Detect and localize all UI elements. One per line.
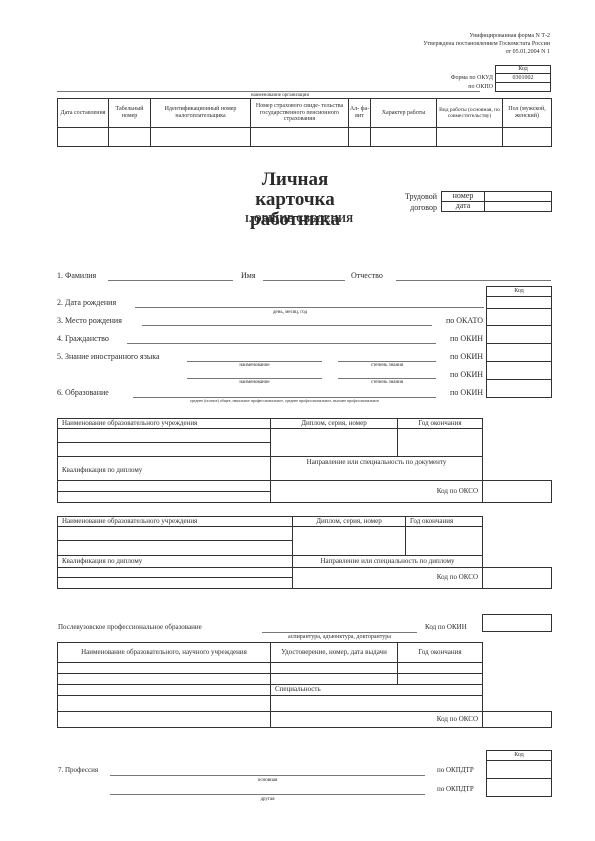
col-gender: Пол (мужской, женский): [502, 98, 552, 128]
alphabet-field[interactable]: [348, 127, 371, 147]
language-1-level-caption: степень знания: [338, 363, 436, 368]
okpo-label: по ОКПО: [468, 84, 493, 90]
language-2-level-field[interactable]: [338, 378, 436, 379]
pg-institution-header: Наименование образовательного, научного …: [57, 642, 271, 663]
form-approval-date: от 05.01.2004 N 1: [506, 49, 550, 55]
pg-institution-field-4[interactable]: [57, 695, 271, 712]
gender-field[interactable]: [502, 127, 552, 147]
form-approval: Утверждена постановлением Госкомстата Ро…: [423, 41, 550, 47]
okud-label: Форма по ОКУД: [451, 75, 493, 81]
profession-other-code-field[interactable]: [486, 778, 552, 797]
col-tab-number: Табельный номер: [108, 98, 151, 128]
okato-code-field[interactable]: [486, 308, 552, 326]
citizenship-code-field[interactable]: [486, 325, 552, 344]
pg-institution-field-5[interactable]: [57, 711, 271, 728]
language-2-okin-label: по ОКИН: [450, 371, 483, 379]
profession-label: 7. Профессия: [58, 767, 98, 774]
language-label: 5. Знание иностранного языка: [57, 353, 160, 361]
contract-date-field[interactable]: [484, 201, 552, 212]
profession-main-code-field[interactable]: [486, 760, 552, 779]
profession-other-field[interactable]: [110, 794, 425, 795]
pg-okso-label: Код по ОКСО: [270, 711, 483, 728]
surname-label: 1. Фамилия: [57, 272, 96, 280]
postgrad-field[interactable]: [262, 632, 417, 633]
col-work-character: Характер работы: [370, 98, 437, 128]
okso-code-field[interactable]: [482, 480, 552, 503]
okso-label: Код по ОКСО: [270, 480, 483, 503]
qualification-2-field-2[interactable]: [57, 577, 293, 589]
name-label: Имя: [241, 272, 256, 280]
language-2-field[interactable]: [187, 378, 322, 379]
qualification-field-2[interactable]: [57, 491, 271, 503]
birthdate-caption: день, месяц, год: [230, 310, 350, 315]
language-2-caption: наименование: [187, 380, 322, 385]
col-work-type: Вид работы (основная, по совместительств…: [436, 98, 503, 128]
education-label: 6. Образование: [57, 389, 109, 397]
pg-certificate-header: Удостоверение, номер, дата выдачи: [270, 642, 398, 663]
patronymic-label: Отчество: [351, 272, 383, 280]
institution-field-2[interactable]: [57, 442, 271, 457]
institution-2-field-1[interactable]: [57, 526, 293, 541]
form-name: Унифицированная форма N Т-2: [469, 33, 550, 39]
work-type-field[interactable]: [436, 127, 503, 147]
profession-main-okpdtr-label: по ОКПДТР: [437, 767, 474, 774]
profession-other-okpdtr-label: по ОКПДТР: [437, 786, 474, 793]
section-title: I. ОБЩИЕ СВЕДЕНИЯ: [245, 214, 353, 225]
title-line1: Личная карточка: [220, 170, 370, 210]
okso-label-2: Код по ОКСО: [292, 567, 483, 589]
institution-2-field-2[interactable]: [57, 540, 293, 556]
name-field[interactable]: [263, 280, 345, 281]
education-caption: среднее (полное) общее, начальное профес…: [133, 399, 436, 403]
inn-field[interactable]: [150, 127, 251, 147]
postgrad-caption: аспирантура, адъюнктура, докторантура: [262, 634, 417, 640]
col-alphabet: Ал- фа- вит: [348, 98, 371, 128]
postgrad-label: Послевузовское профессиональное образова…: [58, 624, 202, 631]
contract-date-label: дата: [441, 201, 485, 212]
pg-okso-code-field[interactable]: [482, 711, 552, 728]
postgrad-okin-field[interactable]: [482, 614, 552, 632]
okpo-code-field[interactable]: [495, 82, 551, 92]
col-pension-number: Номер страхового свиде- тельства государ…: [250, 98, 349, 128]
citizenship-label: 4. Гражданство: [57, 335, 109, 343]
work-character-field[interactable]: [370, 127, 437, 147]
col-inn: Идентификационный номер налогоплательщик…: [150, 98, 251, 128]
language-1-field[interactable]: [187, 361, 322, 362]
education-okin-label: по ОКИН: [450, 389, 483, 397]
contract-label-2: договор: [410, 204, 437, 212]
pg-year-header: Год окончания: [397, 642, 483, 663]
col-date: Дата составления: [57, 98, 109, 128]
birthplace-field[interactable]: [142, 325, 432, 326]
tab-number-field[interactable]: [108, 127, 151, 147]
citizenship-okin-label: по ОКИН: [450, 335, 483, 343]
specialty-label: Направление или специальность по докумен…: [270, 456, 483, 481]
birthplace-label: 3. Место рождения: [57, 317, 122, 325]
education-code-field[interactable]: [486, 379, 552, 398]
okato-label: по ОКАТО: [446, 317, 483, 325]
qualification-label: Квалификация по диплому: [57, 456, 271, 481]
date-field[interactable]: [57, 127, 109, 147]
contract-label-1: Трудовой: [405, 193, 437, 201]
surname-field[interactable]: [108, 280, 233, 281]
organization-field[interactable]: [57, 91, 480, 92]
language-1-level-field[interactable]: [338, 361, 436, 362]
profession-main-caption: основная: [110, 778, 425, 783]
profession-other-caption: другая: [110, 797, 425, 802]
patronymic-field[interactable]: [396, 280, 551, 281]
language-2-level-caption: степень знания: [338, 380, 436, 385]
pg-specialty-field[interactable]: [270, 695, 483, 712]
year-field[interactable]: [397, 428, 483, 457]
okso-2-code-field[interactable]: [482, 567, 552, 589]
diploma-field[interactable]: [270, 428, 398, 457]
year-2-field[interactable]: [405, 526, 483, 556]
citizenship-field[interactable]: [127, 343, 436, 344]
language-1-code-field[interactable]: [486, 343, 552, 362]
language-1-caption: наименование: [187, 363, 322, 368]
profession-main-field[interactable]: [110, 775, 425, 776]
language-1-okin-label: по ОКИН: [450, 353, 483, 361]
birthdate-field[interactable]: [135, 307, 484, 308]
language-2-code-field[interactable]: [486, 361, 552, 380]
institution-field-1[interactable]: [57, 428, 271, 443]
postgrad-okin-label: Код по ОКИН: [425, 624, 467, 631]
pension-number-field[interactable]: [250, 127, 349, 147]
diploma-2-field[interactable]: [292, 526, 406, 556]
birthdate-label: 2. Дата рождения: [57, 299, 116, 307]
